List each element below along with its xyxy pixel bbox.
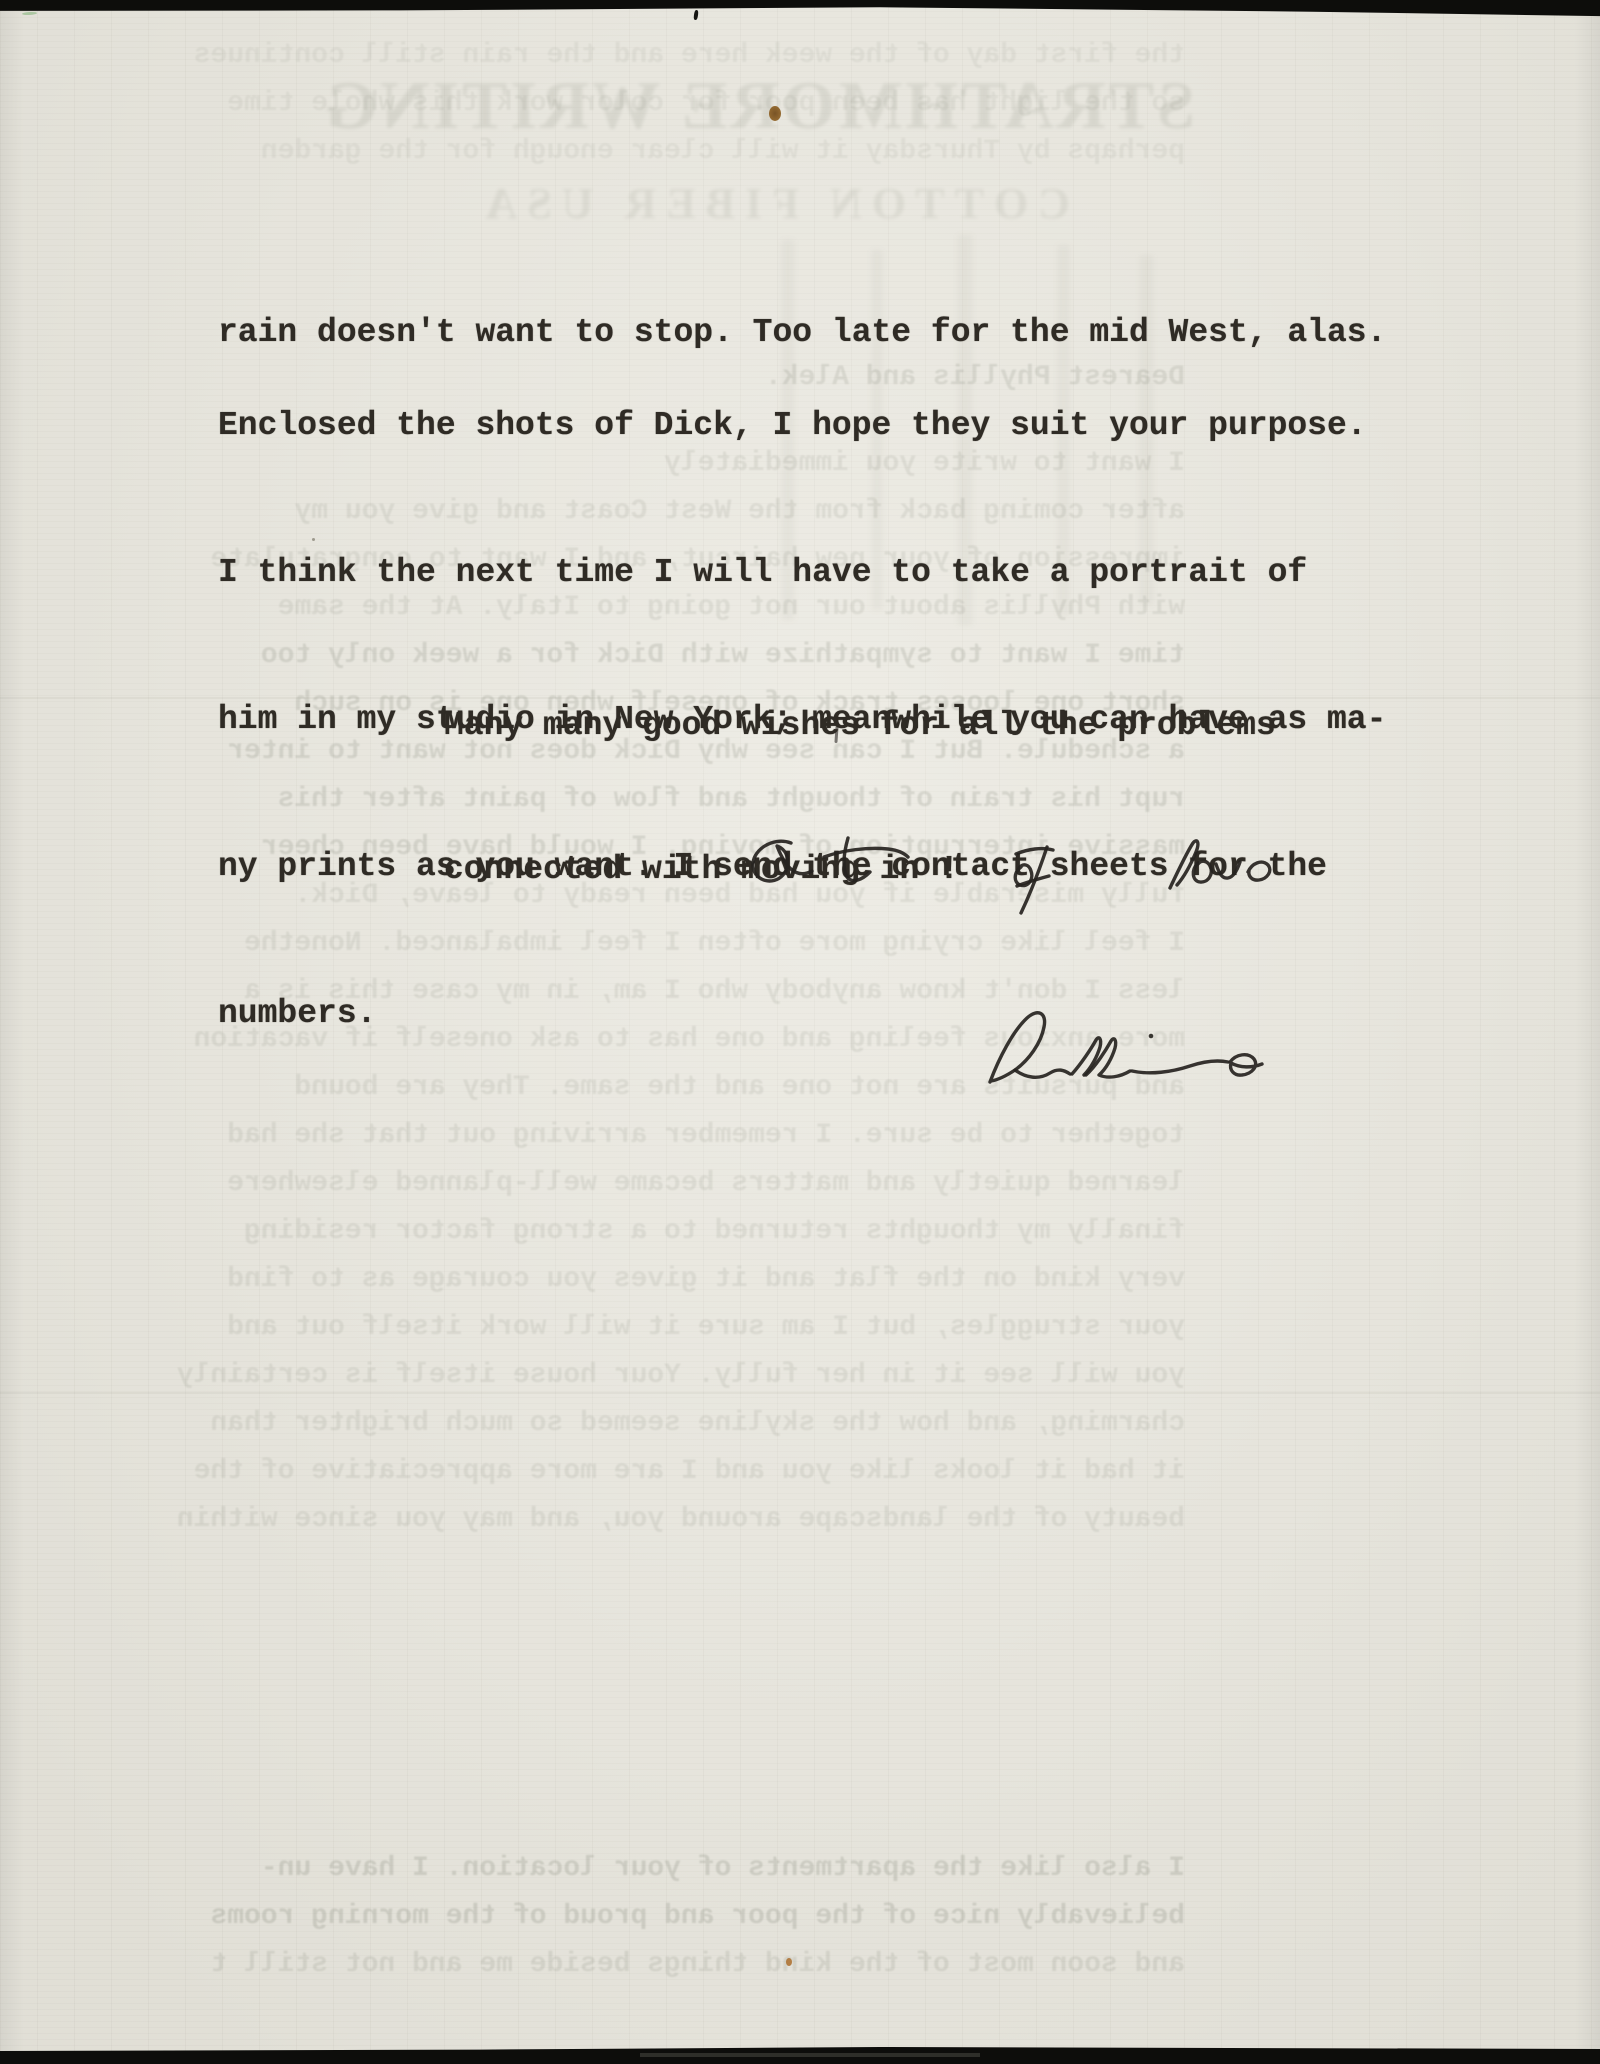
bleed-through-line: it had it looks like you and I are more … <box>225 1456 1185 1487</box>
signature-i-dot <box>1149 1034 1154 1039</box>
bleed-through-line: beauty of the landscape around you, and … <box>225 1504 1185 1535</box>
bleed-through-line: your struggles, but I am sure it will wo… <box>225 1312 1185 1343</box>
scanner-edge-bottom <box>0 2044 1600 2064</box>
bleed-through-line: perhaps by Thursday it will clear enough… <box>225 136 1185 167</box>
scanned-letter-page: STRATHMORE WRITING COTTON FIBER USA Dear… <box>0 0 1600 2064</box>
brown-stain <box>769 106 781 121</box>
bleed-through-line: learned quietly and matters became well-… <box>225 1168 1185 1199</box>
bleed-through-line: very kind on the flat and it gives you c… <box>225 1264 1185 1295</box>
ink-speck <box>693 10 698 20</box>
bleed-through-line: believably nice of the poor and proud of… <box>225 1901 1185 1932</box>
handwriting-stroke <box>1170 841 1198 888</box>
bleed-through-line: and soon most of the kind things beside … <box>225 1949 1185 1980</box>
handwriting-stroke <box>753 841 812 881</box>
handwriting-stroke <box>824 848 908 857</box>
signature <box>990 1013 1262 1082</box>
signature-stroke <box>1132 1061 1228 1073</box>
bleed-through-line: so the light has been poor for color wor… <box>225 88 1185 119</box>
letter-line: Many many good wishes for all the proble… <box>444 702 1276 750</box>
fold-crease <box>0 1392 1600 1394</box>
handwriting-stroke <box>844 838 870 881</box>
letter-line: I think the next time I will have to tak… <box>218 548 1386 597</box>
bleed-through-line: finally my thoughts returned to a strong… <box>225 1216 1185 1247</box>
bleed-through-line: you will see it in her fully. Your house… <box>225 1360 1185 1391</box>
handwriting-stroke <box>1193 861 1211 882</box>
bleed-through-line: charming, and how the skyline seemed so … <box>225 1408 1185 1439</box>
letter-line: Enclosed the shots of Dick, I hope they … <box>218 401 1386 450</box>
handwriting-stroke <box>1216 862 1240 878</box>
scanner-mark <box>22 12 37 16</box>
bleed-through-letterhead-watermark: STRATHMORE WRITING <box>415 66 1195 145</box>
scanner-edge-top <box>0 0 1600 26</box>
handwritten-closing-and-signature <box>660 790 1300 1120</box>
handwriting-stroke <box>1248 862 1270 880</box>
signature-stroke <box>1015 1070 1070 1077</box>
small-stain <box>786 1958 792 1966</box>
bleed-through-line: the first day of the week here and the r… <box>225 40 1185 71</box>
signature-stroke <box>1072 1038 1101 1075</box>
signature-stroke <box>1230 1055 1262 1075</box>
scanner-smudge <box>640 2053 980 2057</box>
bleed-through-line: I also like the apartments of your locat… <box>225 1853 1185 1884</box>
